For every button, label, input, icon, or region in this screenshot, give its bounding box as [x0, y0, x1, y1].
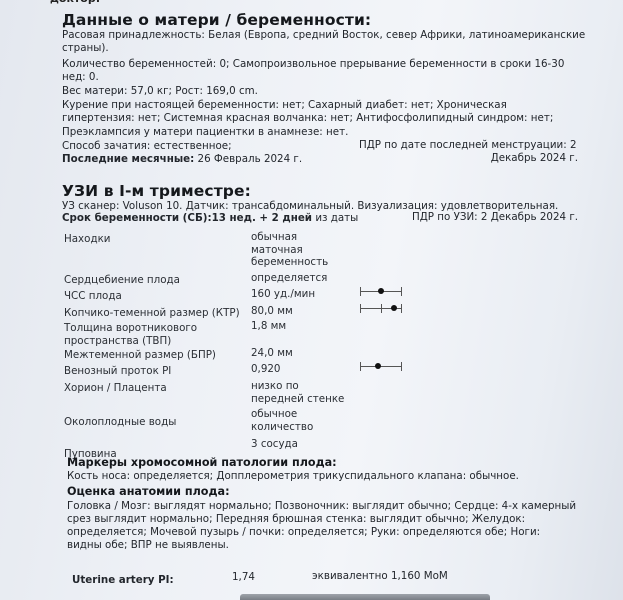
- paper-edge-shadow: [240, 594, 490, 600]
- mother-section-title: Данные о матери / беременности:: [62, 11, 371, 29]
- findings-label: Околоплодные воды: [64, 416, 176, 429]
- anatomy-section-title: Оценка анатомии плода:: [67, 485, 230, 498]
- findings-label: Межтеменной размер (БПР): [64, 349, 216, 362]
- markers-section-title: Маркеры хромосомной патологии плода:: [67, 456, 337, 469]
- range-marker-dot: [378, 288, 384, 294]
- range-marker-dot: [375, 363, 381, 369]
- gestational-age-label: Срок беременности (СБ):13 нед. + 2 дней: [62, 212, 312, 224]
- lmp-label: Последние месячные:: [62, 153, 194, 165]
- findings-value: обычная: [251, 231, 297, 244]
- markers-text: Кость носа: определяется; Допплерометрия…: [67, 470, 519, 483]
- anatomy-line-2: срез выглядит нормально; Передняя брюшна…: [67, 513, 525, 526]
- findings-label: Венозный проток PI: [64, 365, 171, 378]
- cut-off-header-text: доктор:: [50, 0, 100, 5]
- findings-value: 160 уд./мин: [251, 288, 315, 301]
- range-marker: [360, 362, 402, 371]
- findings-value: количество: [251, 421, 313, 434]
- anatomy-line-4: видны обе; ВПР не выявлены.: [67, 539, 229, 552]
- preeclampsia-line: Преэклампсия у матери пациентки в анамне…: [62, 126, 348, 139]
- findings-label: Хорион / Плацента: [64, 382, 167, 395]
- findings-value: 80,0 мм: [251, 305, 293, 318]
- uterine-artery-mom: эквивалентно 1,160 MoM: [312, 570, 448, 583]
- gestational-age-line: Срок беременности (СБ):13 нед. + 2 дней …: [62, 212, 358, 225]
- risk-line-1: Курение при настоящей беременности: нет;…: [62, 99, 507, 112]
- findings-value: обычное: [251, 408, 297, 421]
- pregnancies-line-1: Количество беременностей: 0; Самопроизво…: [62, 58, 564, 71]
- findings-value: беременность: [251, 256, 328, 269]
- range-marker: [360, 304, 402, 313]
- edd-lmp-line-1: ПДР по дате последней менструации: 2: [359, 139, 577, 152]
- findings-value: 3 сосуда: [251, 438, 298, 451]
- uterine-artery-label: Uterine artery PI:: [72, 574, 174, 587]
- race-line-2: страны).: [62, 42, 109, 55]
- findings-value: 24,0 мм: [251, 347, 293, 360]
- findings-value: маточная: [251, 244, 303, 257]
- anatomy-line-1: Головка / Мозг: выглядят нормально; Позв…: [67, 500, 576, 513]
- edd-lmp-line-2: Декабрь 2024 г.: [491, 152, 578, 165]
- ultrasound-section-title: УЗИ в I-м триместре:: [62, 182, 251, 200]
- findings-label: Сердцебиение плода: [64, 274, 180, 287]
- edd-ultrasound: ПДР по УЗИ: 2 Декабрь 2024 г.: [412, 211, 578, 224]
- uterine-artery-value: 1,74: [232, 571, 255, 584]
- findings-value: определяется: [251, 272, 327, 285]
- findings-value: передней стенке: [251, 393, 344, 406]
- weight-height: Вес матери: 57,0 кг; Рост: 169,0 cm.: [62, 85, 258, 98]
- conception-line: Способ зачатия: естественное;: [62, 140, 232, 153]
- report-page: доктор: Данные о матери / беременности: …: [0, 0, 623, 600]
- findings-value: низко по: [251, 380, 299, 393]
- range-marker-dot: [391, 305, 397, 311]
- findings-value: 1,8 мм: [251, 320, 286, 333]
- anatomy-line-3: определяется; Мочевой пузырь / почки: оп…: [67, 526, 540, 539]
- findings-label: Находки: [64, 233, 110, 246]
- findings-label: Копчико-теменной размер (КТР): [64, 307, 240, 320]
- lmp-line: Последние месячные: 26 Февраль 2024 г.: [62, 153, 302, 166]
- risk-line-2: гипертензия: нет; Системная красная волч…: [62, 112, 553, 125]
- pregnancies-line-2: нед: 0.: [62, 71, 99, 84]
- findings-value: 0,920: [251, 363, 280, 376]
- findings-label: Толщина воротникового: [64, 322, 197, 335]
- race-line-1: Расовая принадлежность: Белая (Европа, с…: [62, 29, 585, 42]
- findings-label: пространства (ТВП): [64, 335, 171, 348]
- lmp-value: 26 Февраль 2024 г.: [198, 153, 303, 165]
- range-marker: [360, 287, 402, 296]
- gestational-age-suffix: из даты: [315, 212, 358, 224]
- findings-label: ЧСС плода: [64, 290, 122, 303]
